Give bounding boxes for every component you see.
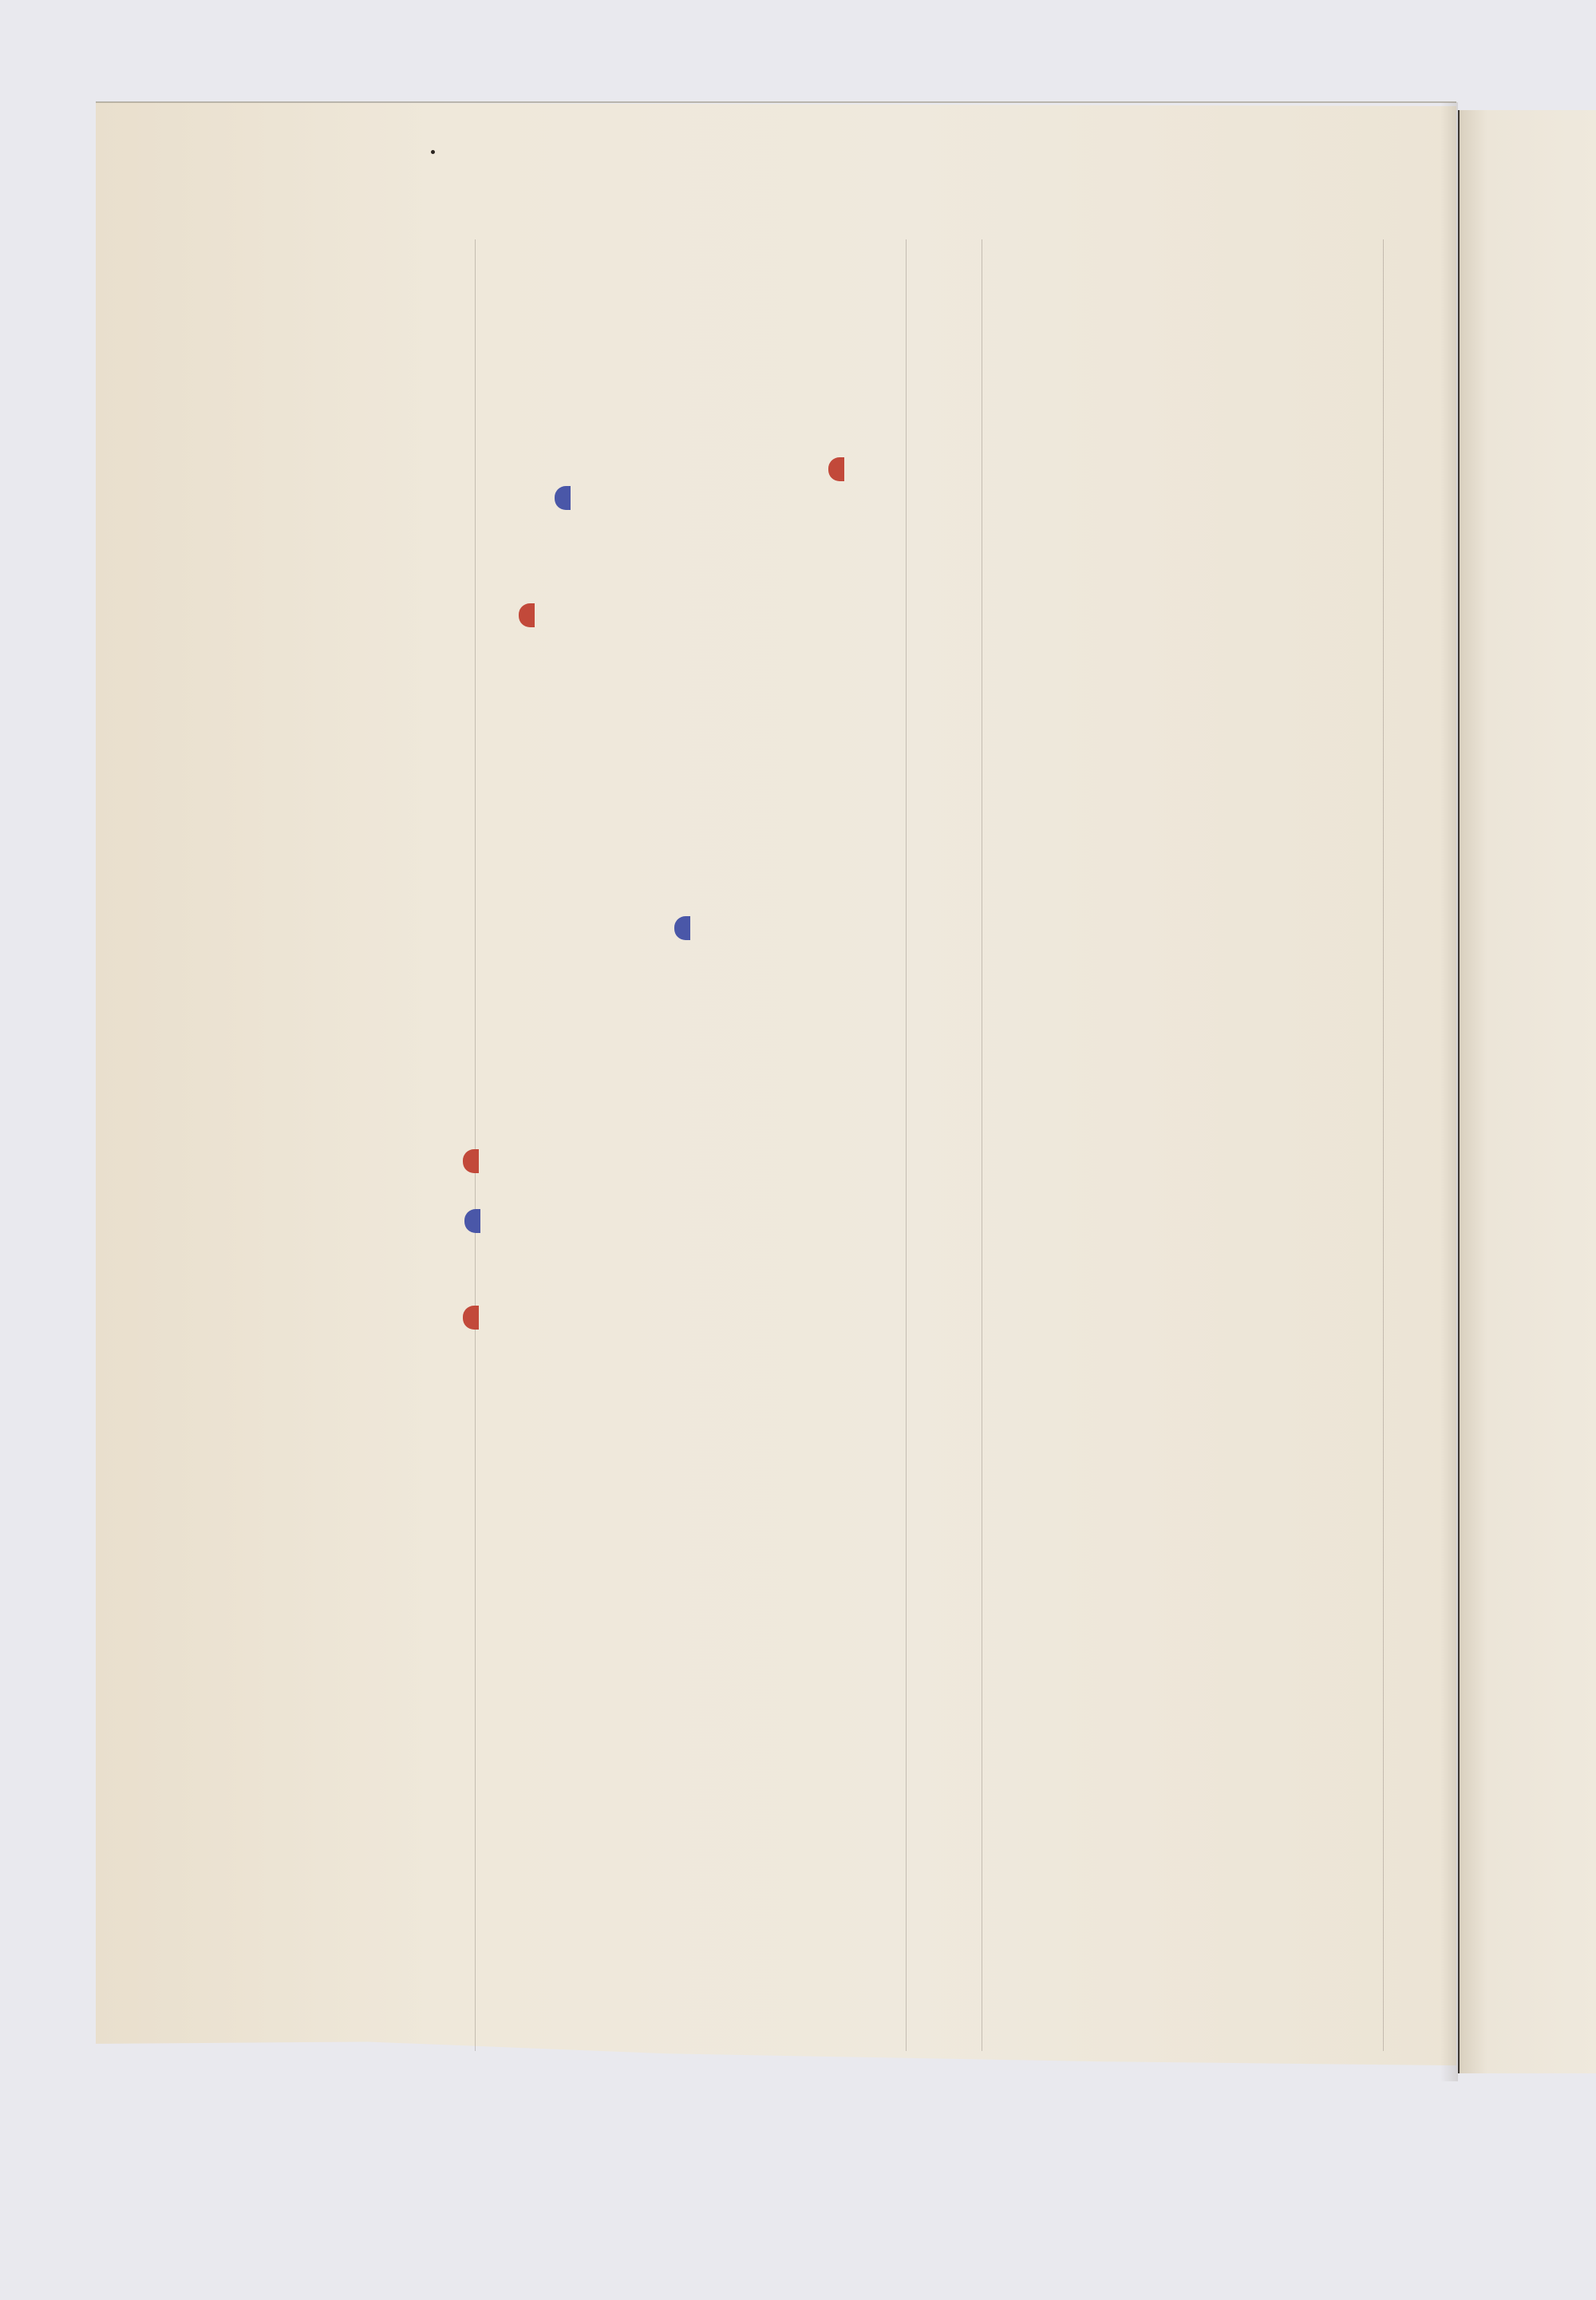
rubric-initial-red bbox=[463, 1306, 479, 1330]
rubric-initial-blue bbox=[555, 486, 571, 510]
rubric-initial-red bbox=[828, 457, 844, 481]
ink-dot bbox=[431, 150, 435, 154]
rubric-initial-blue bbox=[464, 1209, 480, 1233]
rubric-initial-blue bbox=[674, 916, 690, 940]
rubric-initial-red bbox=[463, 1149, 479, 1173]
rubric-initial-red bbox=[519, 603, 535, 627]
image-viewer bbox=[0, 0, 1596, 2188]
adjacent-page bbox=[1458, 110, 1596, 2073]
right-text-column bbox=[972, 239, 1407, 1620]
gutter-shadow bbox=[1440, 102, 1458, 2081]
page-top-edge bbox=[96, 101, 1456, 103]
